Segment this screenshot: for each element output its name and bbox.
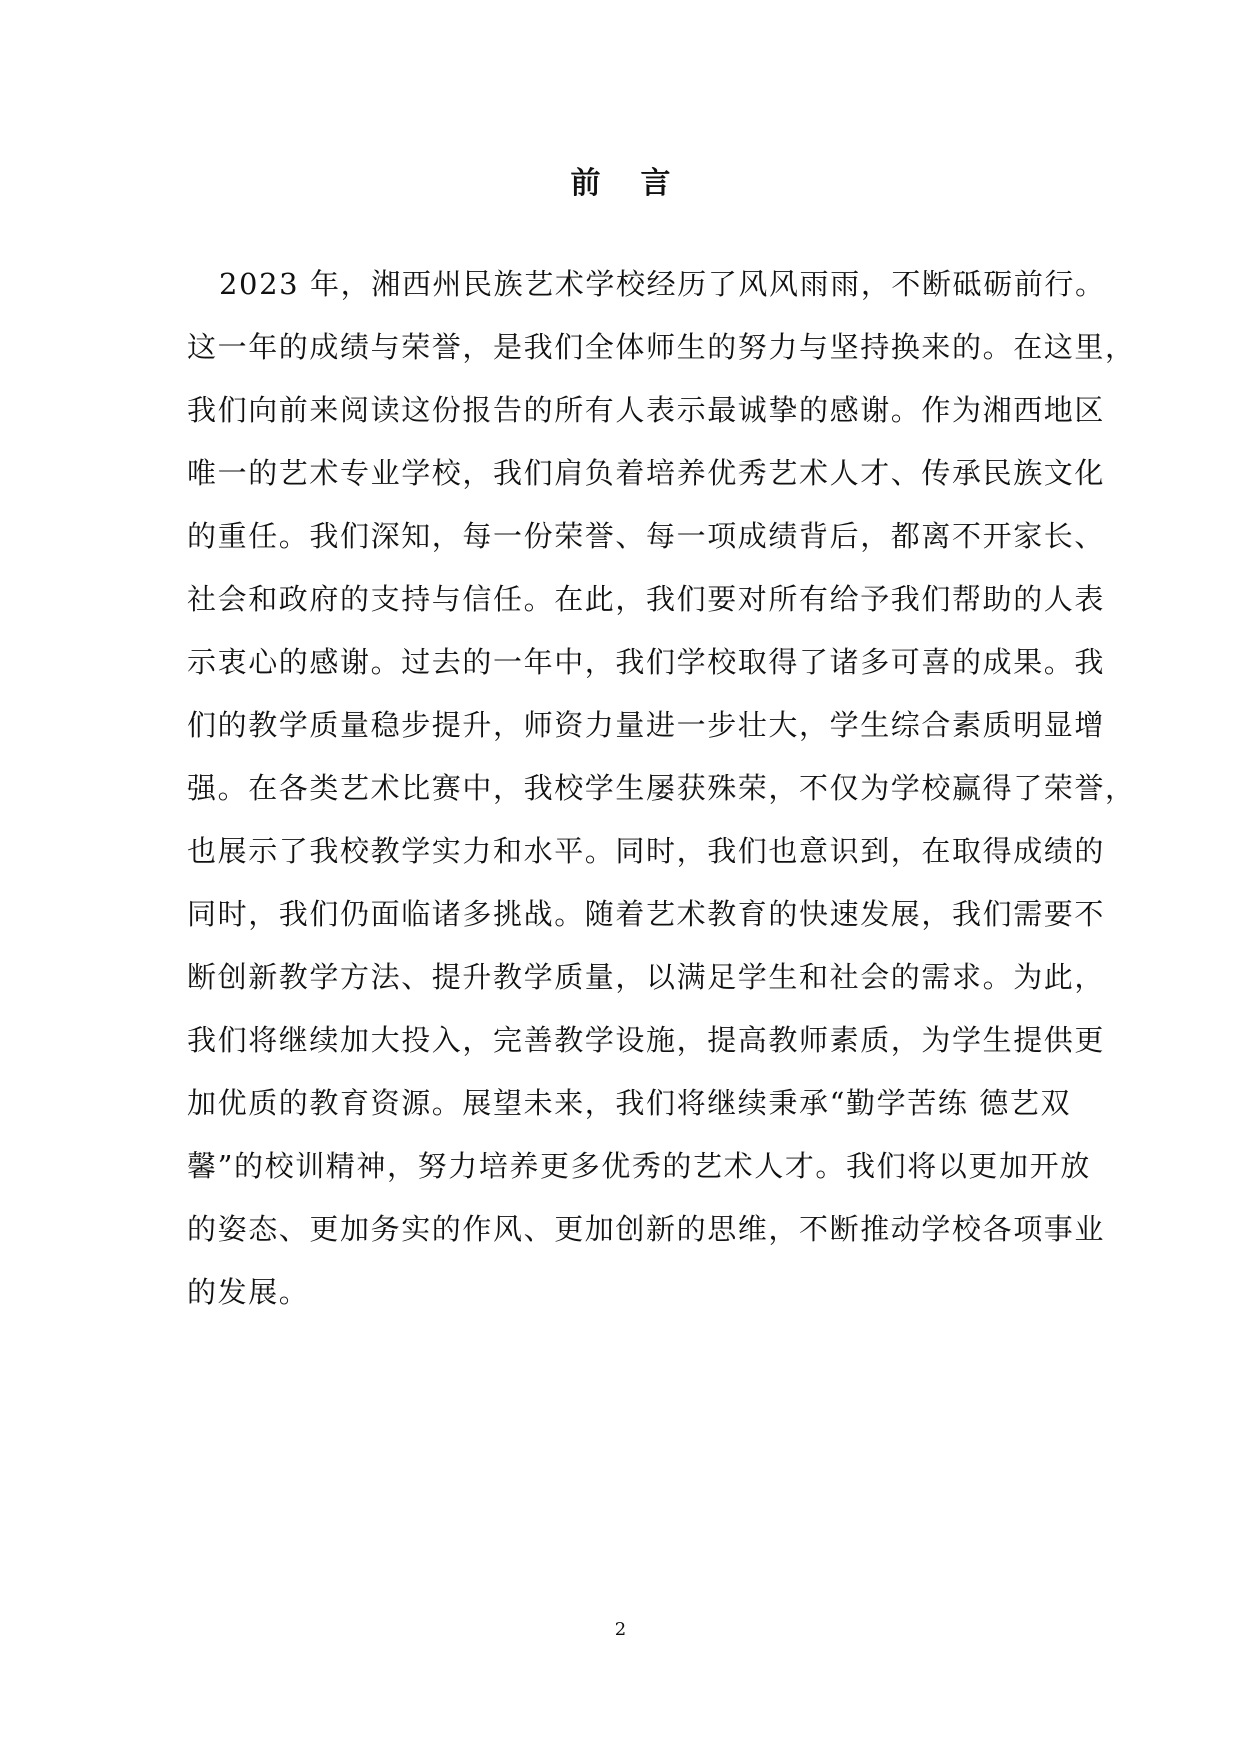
- document-page: 前言 2023 年，湘西州民族艺术学校经历了风风雨雨，不断砥砺前行。 这一年的成…: [0, 0, 1241, 1755]
- title-char-2: 言: [641, 162, 671, 206]
- paragraph-line: 同时，我们仍面临诸多挑战。随着艺术教育的快速发展，我们需要不: [187, 892, 1057, 955]
- paragraph-line: 们的教学质量稳步提升，师资力量进一步壮大，学生综合素质明显增: [187, 703, 1057, 766]
- paragraph-line: 馨”的校训精神，努力培养更多优秀的艺术人才。我们将以更加开放: [187, 1144, 1057, 1207]
- paragraph-line: 强。在各类艺术比赛中，我校学生屡获殊荣，不仅为学校赢得了荣誉，: [187, 766, 1057, 829]
- paragraph-line: 2023 年，湘西州民族艺术学校经历了风风雨雨，不断砥砺前行。: [187, 262, 1057, 325]
- paragraph-line: 我们将继续加大投入，完善教学设施，提高教师素质，为学生提供更: [187, 1018, 1057, 1081]
- paragraph-line: 唯一的艺术专业学校，我们肩负着培养优秀艺术人才、传承民族文化: [187, 451, 1057, 514]
- paragraph-line: 的姿态、更加务实的作风、更加创新的思维，不断推动学校各项事业: [187, 1207, 1057, 1270]
- paragraph-line: 也展示了我校教学实力和水平。同时，我们也意识到，在取得成绩的: [187, 829, 1057, 892]
- paragraph-line: 示衷心的感谢。过去的一年中，我们学校取得了诸多可喜的成果。我: [187, 640, 1057, 703]
- paragraph-line: 断创新教学方法、提升教学质量，以满足学生和社会的需求。为此，: [187, 955, 1057, 1018]
- page-title: 前言: [0, 162, 1241, 206]
- paragraph-line: 社会和政府的支持与信任。在此，我们要对所有给予我们帮助的人表: [187, 577, 1057, 640]
- page-number: 2: [0, 1618, 1241, 1642]
- paragraph-line: 这一年的成绩与荣誉，是我们全体师生的努力与坚持换来的。在这里，: [187, 325, 1057, 388]
- preface-paragraph: 2023 年，湘西州民族艺术学校经历了风风雨雨，不断砥砺前行。 这一年的成绩与荣…: [187, 262, 1057, 1333]
- paragraph-line: 的发展。: [187, 1270, 1057, 1333]
- paragraph-line: 的重任。我们深知，每一份荣誉、每一项成绩背后，都离不开家长、: [187, 514, 1057, 577]
- title-char-1: 前: [571, 162, 601, 206]
- paragraph-line: 加优质的教育资源。展望未来，我们将继续秉承“勤学苦练 德艺双: [187, 1081, 1057, 1144]
- paragraph-line: 我们向前来阅读这份报告的所有人表示最诚挚的感谢。作为湘西地区: [187, 388, 1057, 451]
